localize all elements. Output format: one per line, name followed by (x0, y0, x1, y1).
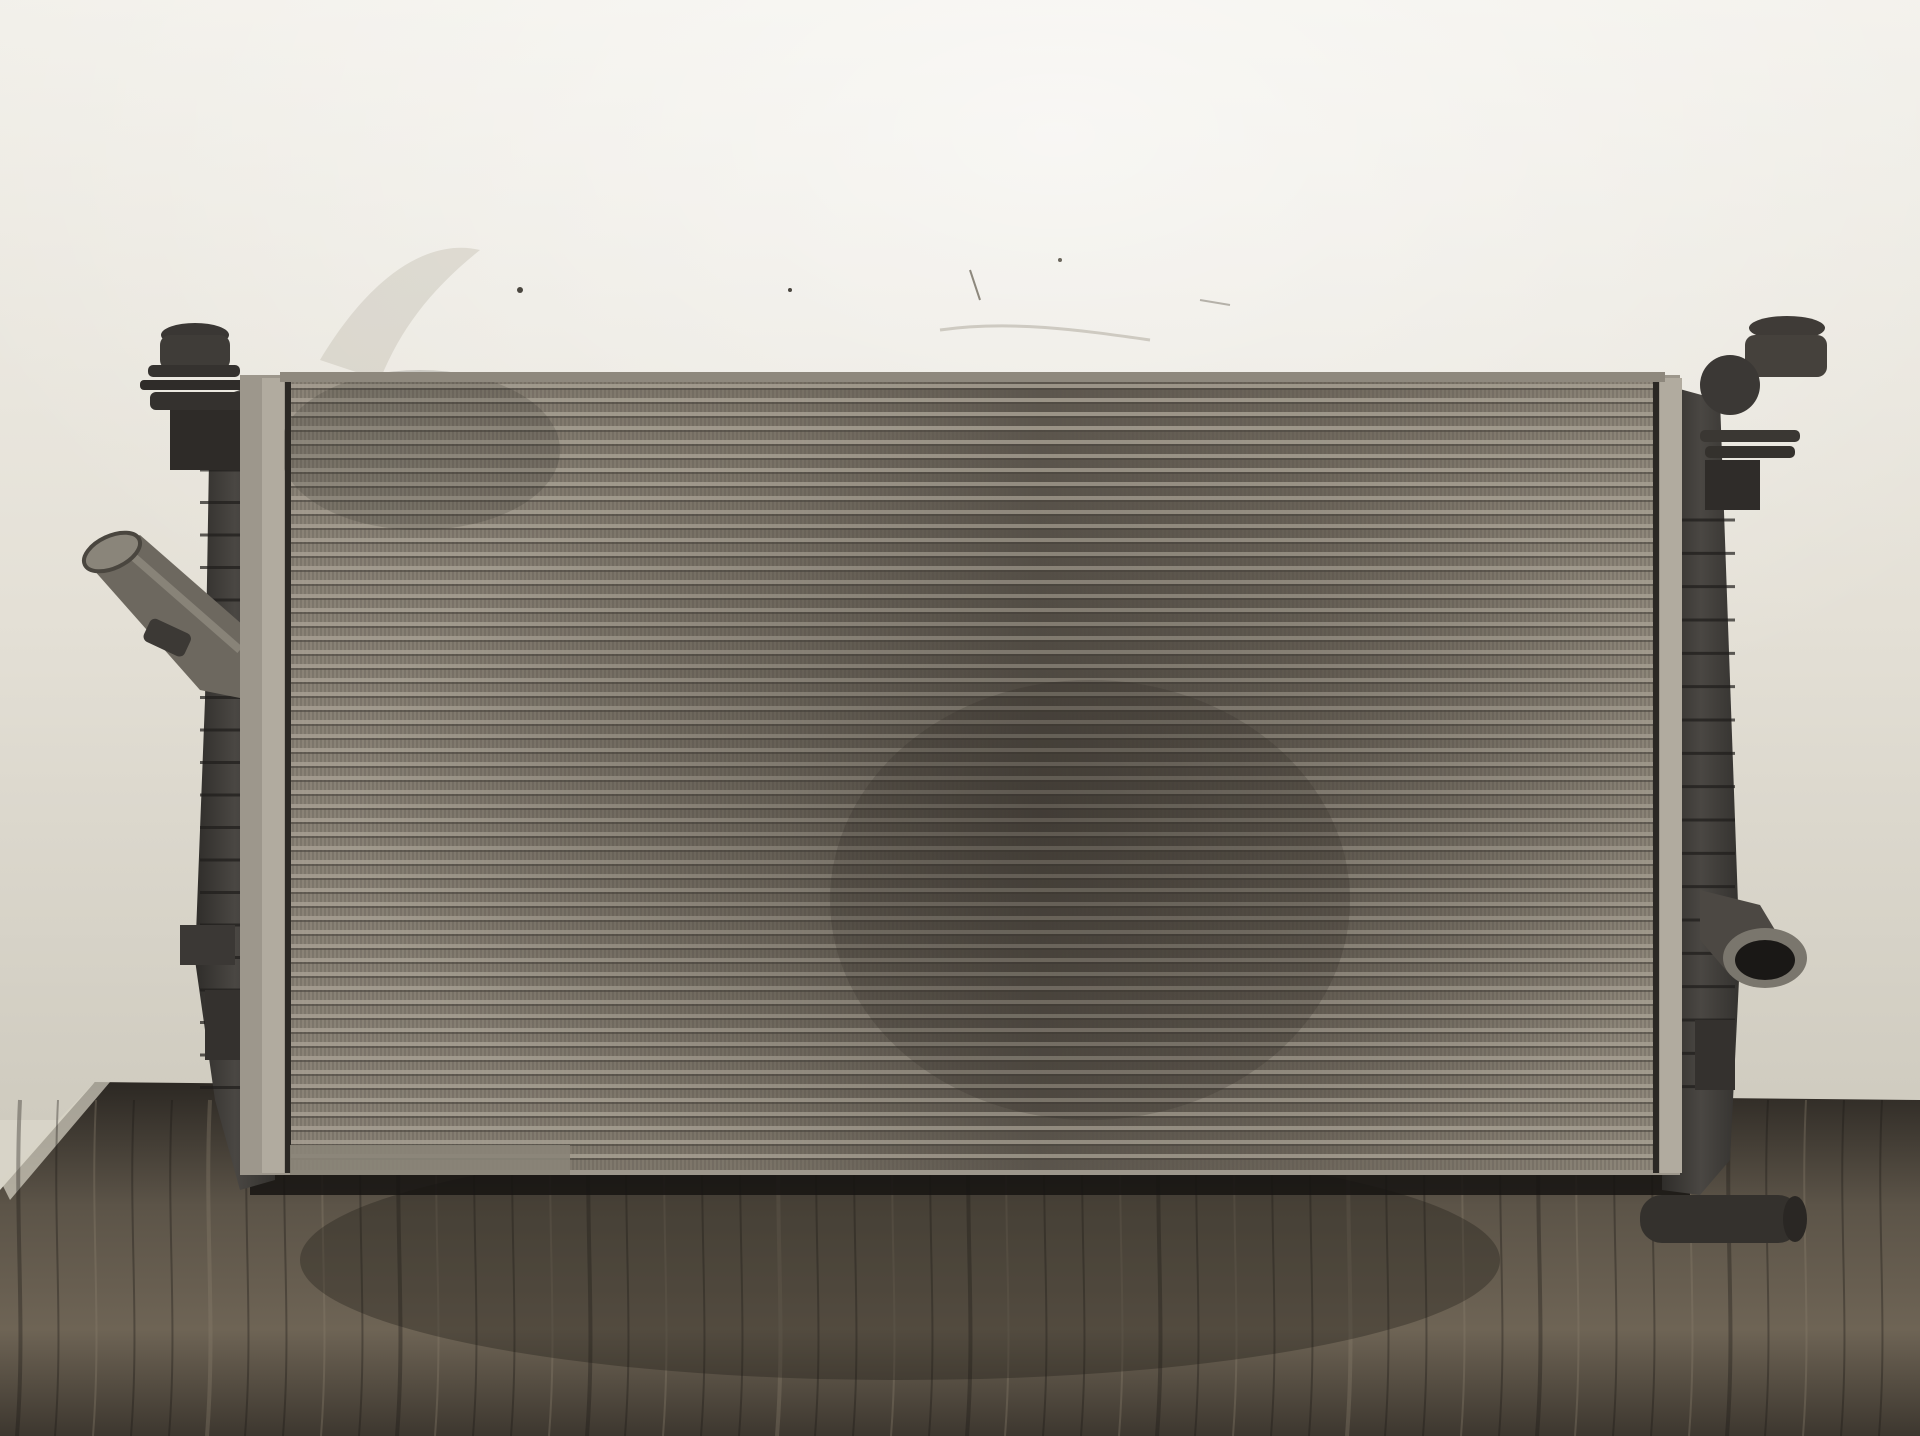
left-clip (205, 990, 245, 1060)
core (240, 370, 1682, 1175)
photo: A dirty, used car radiator with black pl… (0, 0, 1920, 1436)
right-clip (1695, 1020, 1735, 1090)
radiator-scene (0, 0, 1920, 1436)
bottom-right-drain-pipe (1640, 1195, 1807, 1243)
radiator (78, 316, 1827, 1243)
left-bracket (180, 925, 235, 965)
